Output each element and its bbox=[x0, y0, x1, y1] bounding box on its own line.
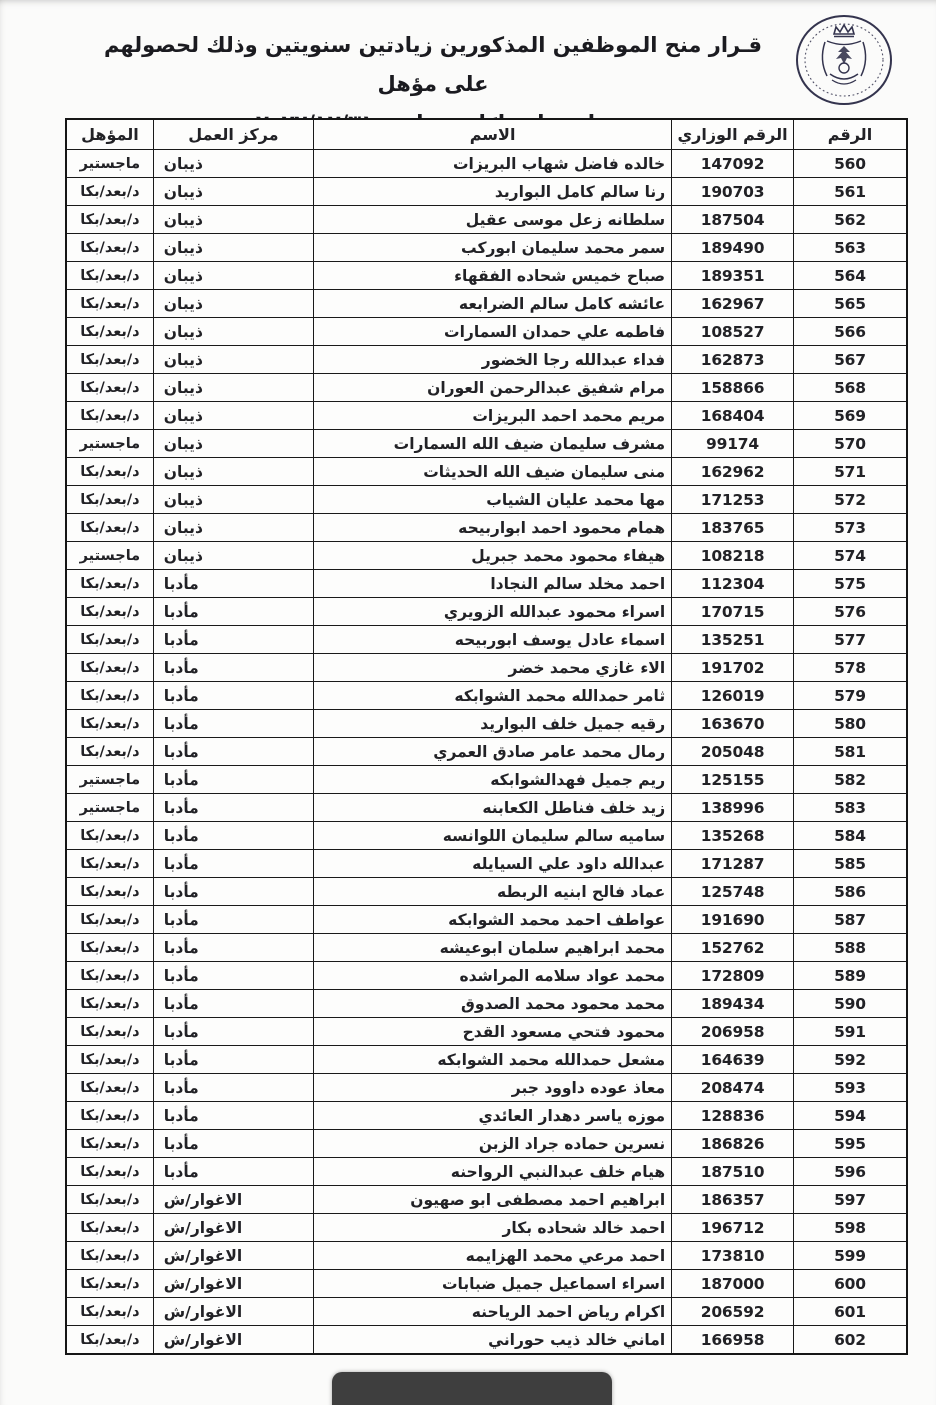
cell-row-number: 585 bbox=[793, 850, 907, 878]
cell-ministry-number: 162962 bbox=[672, 458, 794, 486]
cell-row-number: 586 bbox=[793, 878, 907, 906]
cell-row-number: 566 bbox=[793, 318, 907, 346]
table-row: 593 208474 معاذ عوده داوود جبر مأدبا د/ب… bbox=[66, 1074, 907, 1102]
cell-qualification: ماجستير bbox=[66, 150, 153, 178]
cell-employee-name: احمد مخلد سالم النجادا bbox=[314, 570, 672, 598]
cell-work-center: مأدبا bbox=[153, 822, 313, 850]
table-row: 571 162962 منى سليمان ضيف الله الحديثات … bbox=[66, 458, 907, 486]
cell-employee-name: اكرام رياض احمد الرياحنه bbox=[314, 1298, 672, 1326]
cell-qualification: د/بعد/بكا bbox=[66, 990, 153, 1018]
cell-qualification: د/بعد/بكا bbox=[66, 1270, 153, 1298]
cell-employee-name: محمد عواد سلامه المراشده bbox=[314, 962, 672, 990]
cell-employee-name: اماني خالد ذيب حوراني bbox=[314, 1326, 672, 1355]
cell-employee-name: مها محمد عليان الشياب bbox=[314, 486, 672, 514]
cell-qualification: د/بعد/بكا bbox=[66, 710, 153, 738]
cell-work-center: مأدبا bbox=[153, 962, 313, 990]
cell-ministry-number: 208474 bbox=[672, 1074, 794, 1102]
cell-work-center: الاغوار/ش bbox=[153, 1242, 313, 1270]
cell-ministry-number: 173810 bbox=[672, 1242, 794, 1270]
cell-work-center: ذيبان bbox=[153, 514, 313, 542]
cell-row-number: 578 bbox=[793, 654, 907, 682]
cell-row-number: 560 bbox=[793, 150, 907, 178]
cell-ministry-number: 206958 bbox=[672, 1018, 794, 1046]
cell-work-center: مأدبا bbox=[153, 794, 313, 822]
cell-ministry-number: 163670 bbox=[672, 710, 794, 738]
cell-employee-name: فاطمه علي حمدان السمارات bbox=[314, 318, 672, 346]
table-row: 569 168404 مريم محمد احمد البريزات ذيبان… bbox=[66, 402, 907, 430]
cell-row-number: 588 bbox=[793, 934, 907, 962]
cell-ministry-number: 164639 bbox=[672, 1046, 794, 1074]
table-row: 592 164639 مشعل حمدالله محمد الشوابكه مأ… bbox=[66, 1046, 907, 1074]
cell-employee-name: مرام شفيق عبدالرحمن العوران bbox=[314, 374, 672, 402]
cell-row-number: 581 bbox=[793, 738, 907, 766]
cell-employee-name: ساميه سالم سليمان اللوانسه bbox=[314, 822, 672, 850]
cell-employee-name: محمود فتحي مسعود القدح bbox=[314, 1018, 672, 1046]
cell-work-center: مأدبا bbox=[153, 906, 313, 934]
cell-row-number: 601 bbox=[793, 1298, 907, 1326]
cell-qualification: د/بعد/بكا bbox=[66, 570, 153, 598]
cell-qualification: د/بعد/بكا bbox=[66, 654, 153, 682]
table-row: 566 108527 فاطمه علي حمدان السمارات ذيبا… bbox=[66, 318, 907, 346]
cell-ministry-number: 186357 bbox=[672, 1186, 794, 1214]
cell-qualification: د/بعد/بكا bbox=[66, 346, 153, 374]
cell-qualification: د/بعد/بكا bbox=[66, 850, 153, 878]
cell-work-center: مأدبا bbox=[153, 878, 313, 906]
cell-work-center: ذيبان bbox=[153, 542, 313, 570]
table-row: 578 191702 الاء غازي محمد خضر مأدبا د/بع… bbox=[66, 654, 907, 682]
cell-work-center: الاغوار/ش bbox=[153, 1326, 313, 1355]
cell-row-number: 598 bbox=[793, 1214, 907, 1242]
table-row: 568 158866 مرام شفيق عبدالرحمن العوران ذ… bbox=[66, 374, 907, 402]
table-row: 574 108218 هيفاء محمود محمد جبريل ذيبان … bbox=[66, 542, 907, 570]
cell-row-number: 602 bbox=[793, 1326, 907, 1355]
table-row: 567 162873 فداء عبدالله رجا الخضور ذيبان… bbox=[66, 346, 907, 374]
cell-ministry-number: 171253 bbox=[672, 486, 794, 514]
cell-work-center: مأدبا bbox=[153, 710, 313, 738]
cell-row-number: 597 bbox=[793, 1186, 907, 1214]
cell-employee-name: رقيه جميل خلف البواريد bbox=[314, 710, 672, 738]
cell-ministry-number: 147092 bbox=[672, 150, 794, 178]
table-row: 570 99174 مشرف سليمان ضيف الله السمارات … bbox=[66, 430, 907, 458]
cell-row-number: 594 bbox=[793, 1102, 907, 1130]
cell-ministry-number: 191690 bbox=[672, 906, 794, 934]
cell-row-number: 582 bbox=[793, 766, 907, 794]
cell-ministry-number: 183765 bbox=[672, 514, 794, 542]
col-header-qualification: المؤهل bbox=[66, 119, 153, 150]
cell-work-center: مأدبا bbox=[153, 738, 313, 766]
cell-work-center: مأدبا bbox=[153, 1046, 313, 1074]
cell-qualification: د/بعد/بكا bbox=[66, 1326, 153, 1355]
cell-work-center: مأدبا bbox=[153, 1074, 313, 1102]
cell-ministry-number: 205048 bbox=[672, 738, 794, 766]
table-row: 563 189490 سمر محمد سليمان ابوركب ذيبان … bbox=[66, 234, 907, 262]
cell-work-center: ذيبان bbox=[153, 206, 313, 234]
cell-employee-name: خالده فاضل شهاب البريزات bbox=[314, 150, 672, 178]
cell-qualification: ماجستير bbox=[66, 542, 153, 570]
cell-row-number: 580 bbox=[793, 710, 907, 738]
cell-employee-name: محمد ابراهيم سلمان ابوعيشه bbox=[314, 934, 672, 962]
document-title-line1: قـرار منح الموظفين المذكورين زيادتين سنو… bbox=[90, 26, 776, 104]
table-row: 589 172809 محمد عواد سلامه المراشده مأدب… bbox=[66, 962, 907, 990]
cell-row-number: 593 bbox=[793, 1074, 907, 1102]
cell-employee-name: هيام خلف عبدالنبي الرواحنه bbox=[314, 1158, 672, 1186]
col-header-no: الرقم bbox=[793, 119, 907, 150]
cell-ministry-number: 162873 bbox=[672, 346, 794, 374]
cell-row-number: 591 bbox=[793, 1018, 907, 1046]
cell-row-number: 589 bbox=[793, 962, 907, 990]
cell-ministry-number: 138996 bbox=[672, 794, 794, 822]
cell-ministry-number: 135251 bbox=[672, 626, 794, 654]
cell-row-number: 576 bbox=[793, 598, 907, 626]
cell-row-number: 564 bbox=[793, 262, 907, 290]
cell-employee-name: عواطف احمد محمد الشوابكه bbox=[314, 906, 672, 934]
cell-employee-name: اسراء اسماعيل جميل ضبابات bbox=[314, 1270, 672, 1298]
cell-ministry-number: 189351 bbox=[672, 262, 794, 290]
cell-row-number: 579 bbox=[793, 682, 907, 710]
cell-qualification: د/بعد/بكا bbox=[66, 1102, 153, 1130]
cell-work-center: مأدبا bbox=[153, 934, 313, 962]
cell-qualification: د/بعد/بكا bbox=[66, 1046, 153, 1074]
cell-ministry-number: 189434 bbox=[672, 990, 794, 1018]
cell-ministry-number: 187000 bbox=[672, 1270, 794, 1298]
table-row: 598 196712 احمد خالد شحاده بكار الاغوار/… bbox=[66, 1214, 907, 1242]
cell-ministry-number: 206592 bbox=[672, 1298, 794, 1326]
cell-employee-name: فداء عبدالله رجا الخضور bbox=[314, 346, 672, 374]
cell-ministry-number: 125155 bbox=[672, 766, 794, 794]
cell-ministry-number: 196712 bbox=[672, 1214, 794, 1242]
cell-work-center: الاغوار/ش bbox=[153, 1298, 313, 1326]
cell-employee-name: مريم محمد احمد البريزات bbox=[314, 402, 672, 430]
cell-employee-name: احمد خالد شحاده بكار bbox=[314, 1214, 672, 1242]
cell-row-number: 567 bbox=[793, 346, 907, 374]
cell-employee-name: موزه ياسر دهدار العائدي bbox=[314, 1102, 672, 1130]
cell-qualification: د/بعد/بكا bbox=[66, 318, 153, 346]
cell-qualification: د/بعد/بكا bbox=[66, 402, 153, 430]
table-row: 585 171287 عبدالله داود علي السيايله مأد… bbox=[66, 850, 907, 878]
cell-ministry-number: 187510 bbox=[672, 1158, 794, 1186]
table-row: 581 205048 رمال محمد عامر صادق العمري مأ… bbox=[66, 738, 907, 766]
cell-ministry-number: 152762 bbox=[672, 934, 794, 962]
table-row: 580 163670 رقيه جميل خلف البواريد مأدبا … bbox=[66, 710, 907, 738]
cell-row-number: 596 bbox=[793, 1158, 907, 1186]
cell-work-center: الاغوار/ش bbox=[153, 1270, 313, 1298]
table-row: 602 166958 اماني خالد ذيب حوراني الاغوار… bbox=[66, 1326, 907, 1355]
cell-employee-name: محمد محمود محمد الصدوق bbox=[314, 990, 672, 1018]
cell-qualification: د/بعد/بكا bbox=[66, 1018, 153, 1046]
cell-qualification: د/بعد/بكا bbox=[66, 682, 153, 710]
cell-work-center: الاغوار/ش bbox=[153, 1214, 313, 1242]
header-row: الرقم الرقم الوزاري الاسم مركز العمل الم… bbox=[66, 119, 907, 150]
cell-qualification: د/بعد/بكا bbox=[66, 262, 153, 290]
cell-work-center: مأدبا bbox=[153, 682, 313, 710]
cell-row-number: 577 bbox=[793, 626, 907, 654]
employee-table-wrap: الرقم الرقم الوزاري الاسم مركز العمل الم… bbox=[65, 118, 908, 1355]
cell-work-center: مأدبا bbox=[153, 570, 313, 598]
cell-qualification: د/بعد/بكا bbox=[66, 878, 153, 906]
cell-qualification: د/بعد/بكا bbox=[66, 486, 153, 514]
table-row: 601 206592 اكرام رياض احمد الرياحنه الاغ… bbox=[66, 1298, 907, 1326]
cell-row-number: 561 bbox=[793, 178, 907, 206]
cell-employee-name: اسراء محمود عبدالله الزويري bbox=[314, 598, 672, 626]
cell-employee-name: زيد خلف فناطل الكعابنه bbox=[314, 794, 672, 822]
cell-ministry-number: 108527 bbox=[672, 318, 794, 346]
cell-row-number: 569 bbox=[793, 402, 907, 430]
cell-employee-name: صباح خميس شحاده الفقهاء bbox=[314, 262, 672, 290]
table-row: 591 206958 محمود فتحي مسعود القدح مأدبا … bbox=[66, 1018, 907, 1046]
cell-work-center: مأدبا bbox=[153, 1158, 313, 1186]
table-row: 590 189434 محمد محمود محمد الصدوق مأدبا … bbox=[66, 990, 907, 1018]
cell-row-number: 570 bbox=[793, 430, 907, 458]
table-row: 594 128836 موزه ياسر دهدار العائدي مأدبا… bbox=[66, 1102, 907, 1130]
col-header-center: مركز العمل bbox=[153, 119, 313, 150]
table-row: 587 191690 عواطف احمد محمد الشوابكه مأدب… bbox=[66, 906, 907, 934]
cell-work-center: مأدبا bbox=[153, 1018, 313, 1046]
cell-ministry-number: 190703 bbox=[672, 178, 794, 206]
table-row: 584 135268 ساميه سالم سليمان اللوانسه مأ… bbox=[66, 822, 907, 850]
cell-employee-name: ابراهيم احمد مصطفى ابو صهيون bbox=[314, 1186, 672, 1214]
cell-qualification: د/بعد/بكا bbox=[66, 1242, 153, 1270]
cell-employee-name: ثامر حمدالله محمد الشوابكه bbox=[314, 682, 672, 710]
table-row: 576 170715 اسراء محمود عبدالله الزويري م… bbox=[66, 598, 907, 626]
cell-row-number: 583 bbox=[793, 794, 907, 822]
cell-work-center: ذيبان bbox=[153, 458, 313, 486]
cell-work-center: ذيبان bbox=[153, 178, 313, 206]
table-row: 564 189351 صباح خميس شحاده الفقهاء ذيبان… bbox=[66, 262, 907, 290]
cell-work-center: ذيبان bbox=[153, 318, 313, 346]
cell-work-center: مأدبا bbox=[153, 598, 313, 626]
cell-employee-name: سلطانه زعل موسى عقيل bbox=[314, 206, 672, 234]
cell-work-center: مأدبا bbox=[153, 1130, 313, 1158]
cell-ministry-number: 170715 bbox=[672, 598, 794, 626]
cell-ministry-number: 125748 bbox=[672, 878, 794, 906]
table-row: 583 138996 زيد خلف فناطل الكعابنه مأدبا … bbox=[66, 794, 907, 822]
cell-work-center: مأدبا bbox=[153, 654, 313, 682]
cell-qualification: د/بعد/بكا bbox=[66, 1074, 153, 1102]
cell-ministry-number: 187504 bbox=[672, 206, 794, 234]
cell-qualification: د/بعد/بكا bbox=[66, 962, 153, 990]
cell-work-center: ذيبان bbox=[153, 430, 313, 458]
cell-ministry-number: 168404 bbox=[672, 402, 794, 430]
cell-ministry-number: 135268 bbox=[672, 822, 794, 850]
cell-qualification: د/بعد/بكا bbox=[66, 1214, 153, 1242]
cell-row-number: 575 bbox=[793, 570, 907, 598]
cell-employee-name: همام محمود احمد ابواربيحه bbox=[314, 514, 672, 542]
cell-row-number: 572 bbox=[793, 486, 907, 514]
table-row: 560 147092 خالده فاضل شهاب البريزات ذيبا… bbox=[66, 150, 907, 178]
cell-qualification: د/بعد/بكا bbox=[66, 822, 153, 850]
cell-work-center: ذيبان bbox=[153, 402, 313, 430]
cell-work-center: مأدبا bbox=[153, 990, 313, 1018]
cell-qualification: ماجستير bbox=[66, 766, 153, 794]
cell-work-center: ذيبان bbox=[153, 234, 313, 262]
cell-row-number: 595 bbox=[793, 1130, 907, 1158]
table-row: 600 187000 اسراء اسماعيل جميل ضبابات الا… bbox=[66, 1270, 907, 1298]
cell-qualification: د/بعد/بكا bbox=[66, 374, 153, 402]
cell-employee-name: احمد مرعي محمد الهزايمه bbox=[314, 1242, 672, 1270]
table-row: 582 125155 ريم جميل فهدالشوابكه مأدبا ما… bbox=[66, 766, 907, 794]
cell-qualification: د/بعد/بكا bbox=[66, 738, 153, 766]
cell-qualification: د/بعد/بكا bbox=[66, 234, 153, 262]
cell-ministry-number: 126019 bbox=[672, 682, 794, 710]
cell-qualification: د/بعد/بكا bbox=[66, 626, 153, 654]
cell-work-center: ذيبان bbox=[153, 374, 313, 402]
cell-ministry-number: 162967 bbox=[672, 290, 794, 318]
cell-ministry-number: 158866 bbox=[672, 374, 794, 402]
cell-ministry-number: 189490 bbox=[672, 234, 794, 262]
employee-table: الرقم الرقم الوزاري الاسم مركز العمل الم… bbox=[65, 118, 908, 1355]
cell-qualification: د/بعد/بكا bbox=[66, 514, 153, 542]
cell-row-number: 574 bbox=[793, 542, 907, 570]
cell-employee-name: نسرين حماده جراد الزبن bbox=[314, 1130, 672, 1158]
table-row: 572 171253 مها محمد عليان الشياب ذيبان د… bbox=[66, 486, 907, 514]
cell-qualification: د/بعد/بكا bbox=[66, 206, 153, 234]
cell-employee-name: اسماء عادل يوسف ابوربيحه bbox=[314, 626, 672, 654]
cell-row-number: 599 bbox=[793, 1242, 907, 1270]
cell-ministry-number: 108218 bbox=[672, 542, 794, 570]
cell-qualification: د/بعد/بكا bbox=[66, 1130, 153, 1158]
cell-row-number: 584 bbox=[793, 822, 907, 850]
cell-row-number: 563 bbox=[793, 234, 907, 262]
cell-work-center: ذيبان bbox=[153, 486, 313, 514]
cell-ministry-number: 128836 bbox=[672, 1102, 794, 1130]
cell-employee-name: معاذ عوده داوود جبر bbox=[314, 1074, 672, 1102]
cell-row-number: 600 bbox=[793, 1270, 907, 1298]
cell-qualification: د/بعد/بكا bbox=[66, 290, 153, 318]
table-row: 588 152762 محمد ابراهيم سلمان ابوعيشه مأ… bbox=[66, 934, 907, 962]
table-row: 597 186357 ابراهيم احمد مصطفى ابو صهيون … bbox=[66, 1186, 907, 1214]
cell-employee-name: الاء غازي محمد خضر bbox=[314, 654, 672, 682]
cell-qualification: د/بعد/بكا bbox=[66, 598, 153, 626]
cell-work-center: ذيبان bbox=[153, 346, 313, 374]
cell-row-number: 590 bbox=[793, 990, 907, 1018]
cell-work-center: الاغوار/ش bbox=[153, 1186, 313, 1214]
scanned-document-page: قـرار منح الموظفين المذكورين زيادتين سنو… bbox=[0, 0, 936, 1405]
employee-table-head: الرقم الرقم الوزاري الاسم مركز العمل الم… bbox=[66, 119, 907, 150]
cell-row-number: 592 bbox=[793, 1046, 907, 1074]
cell-employee-name: عبدالله داود علي السيايله bbox=[314, 850, 672, 878]
cell-employee-name: ريم جميل فهدالشوابكه bbox=[314, 766, 672, 794]
employee-table-body: 560 147092 خالده فاضل شهاب البريزات ذيبا… bbox=[66, 150, 907, 1355]
table-row: 586 125748 عماد فالح ابنيه الربطه مأدبا … bbox=[66, 878, 907, 906]
table-row: 565 162967 عائشه كامل سالم الضرابعه ذيبا… bbox=[66, 290, 907, 318]
cell-work-center: مأدبا bbox=[153, 626, 313, 654]
table-row: 599 173810 احمد مرعي محمد الهزايمه الاغو… bbox=[66, 1242, 907, 1270]
cell-work-center: مأدبا bbox=[153, 1102, 313, 1130]
cell-ministry-number: 186826 bbox=[672, 1130, 794, 1158]
cell-row-number: 571 bbox=[793, 458, 907, 486]
cell-row-number: 565 bbox=[793, 290, 907, 318]
cell-employee-name: سمر محمد سليمان ابوركب bbox=[314, 234, 672, 262]
cell-ministry-number: 172809 bbox=[672, 962, 794, 990]
cell-ministry-number: 99174 bbox=[672, 430, 794, 458]
cell-qualification: د/بعد/بكا bbox=[66, 1158, 153, 1186]
cell-qualification: د/بعد/بكا bbox=[66, 906, 153, 934]
table-row: 575 112304 احمد مخلد سالم النجادا مأدبا … bbox=[66, 570, 907, 598]
cell-employee-name: مشعل حمدالله محمد الشوابكه bbox=[314, 1046, 672, 1074]
cell-row-number: 568 bbox=[793, 374, 907, 402]
cell-work-center: ذيبان bbox=[153, 290, 313, 318]
cell-employee-name: مشرف سليمان ضيف الله السمارات bbox=[314, 430, 672, 458]
cell-qualification: د/بعد/بكا bbox=[66, 458, 153, 486]
cell-ministry-number: 191702 bbox=[672, 654, 794, 682]
cell-ministry-number: 166958 bbox=[672, 1326, 794, 1355]
cell-row-number: 562 bbox=[793, 206, 907, 234]
cell-work-center: ذيبان bbox=[153, 262, 313, 290]
cell-row-number: 573 bbox=[793, 514, 907, 542]
cell-employee-name: عائشه كامل سالم الضرابعه bbox=[314, 290, 672, 318]
cell-work-center: ذيبان bbox=[153, 150, 313, 178]
ministry-seal-logo bbox=[792, 12, 896, 108]
table-row: 561 190703 رنا سالم كامل البواريد ذيبان … bbox=[66, 178, 907, 206]
table-row: 579 126019 ثامر حمدالله محمد الشوابكه مأ… bbox=[66, 682, 907, 710]
table-row: 595 186826 نسرين حماده جراد الزبن مأدبا … bbox=[66, 1130, 907, 1158]
cell-employee-name: منى سليمان ضيف الله الحديثات bbox=[314, 458, 672, 486]
jordan-coat-of-arms-icon bbox=[792, 12, 896, 108]
cell-qualification: ماجستير bbox=[66, 430, 153, 458]
table-row: 596 187510 هيام خلف عبدالنبي الرواحنه مأ… bbox=[66, 1158, 907, 1186]
cell-employee-name: رنا سالم كامل البواريد bbox=[314, 178, 672, 206]
cell-employee-name: عماد فالح ابنيه الربطه bbox=[314, 878, 672, 906]
col-header-ministry-no: الرقم الوزاري bbox=[672, 119, 794, 150]
cell-employee-name: رمال محمد عامر صادق العمري bbox=[314, 738, 672, 766]
table-row: 577 135251 اسماء عادل يوسف ابوربيحه مأدب… bbox=[66, 626, 907, 654]
cell-employee-name: هيفاء محمود محمد جبريل bbox=[314, 542, 672, 570]
cell-qualification: د/بعد/بكا bbox=[66, 1298, 153, 1326]
bottom-dark-bar bbox=[332, 1372, 612, 1405]
col-header-name: الاسم bbox=[314, 119, 672, 150]
table-row: 573 183765 همام محمود احمد ابواربيحه ذيب… bbox=[66, 514, 907, 542]
cell-work-center: مأدبا bbox=[153, 850, 313, 878]
cell-qualification: د/بعد/بكا bbox=[66, 178, 153, 206]
cell-work-center: مأدبا bbox=[153, 766, 313, 794]
table-row: 562 187504 سلطانه زعل موسى عقيل ذيبان د/… bbox=[66, 206, 907, 234]
cell-ministry-number: 112304 bbox=[672, 570, 794, 598]
cell-qualification: د/بعد/بكا bbox=[66, 1186, 153, 1214]
cell-qualification: د/بعد/بكا bbox=[66, 934, 153, 962]
cell-qualification: ماجستير bbox=[66, 794, 153, 822]
cell-row-number: 587 bbox=[793, 906, 907, 934]
cell-ministry-number: 171287 bbox=[672, 850, 794, 878]
